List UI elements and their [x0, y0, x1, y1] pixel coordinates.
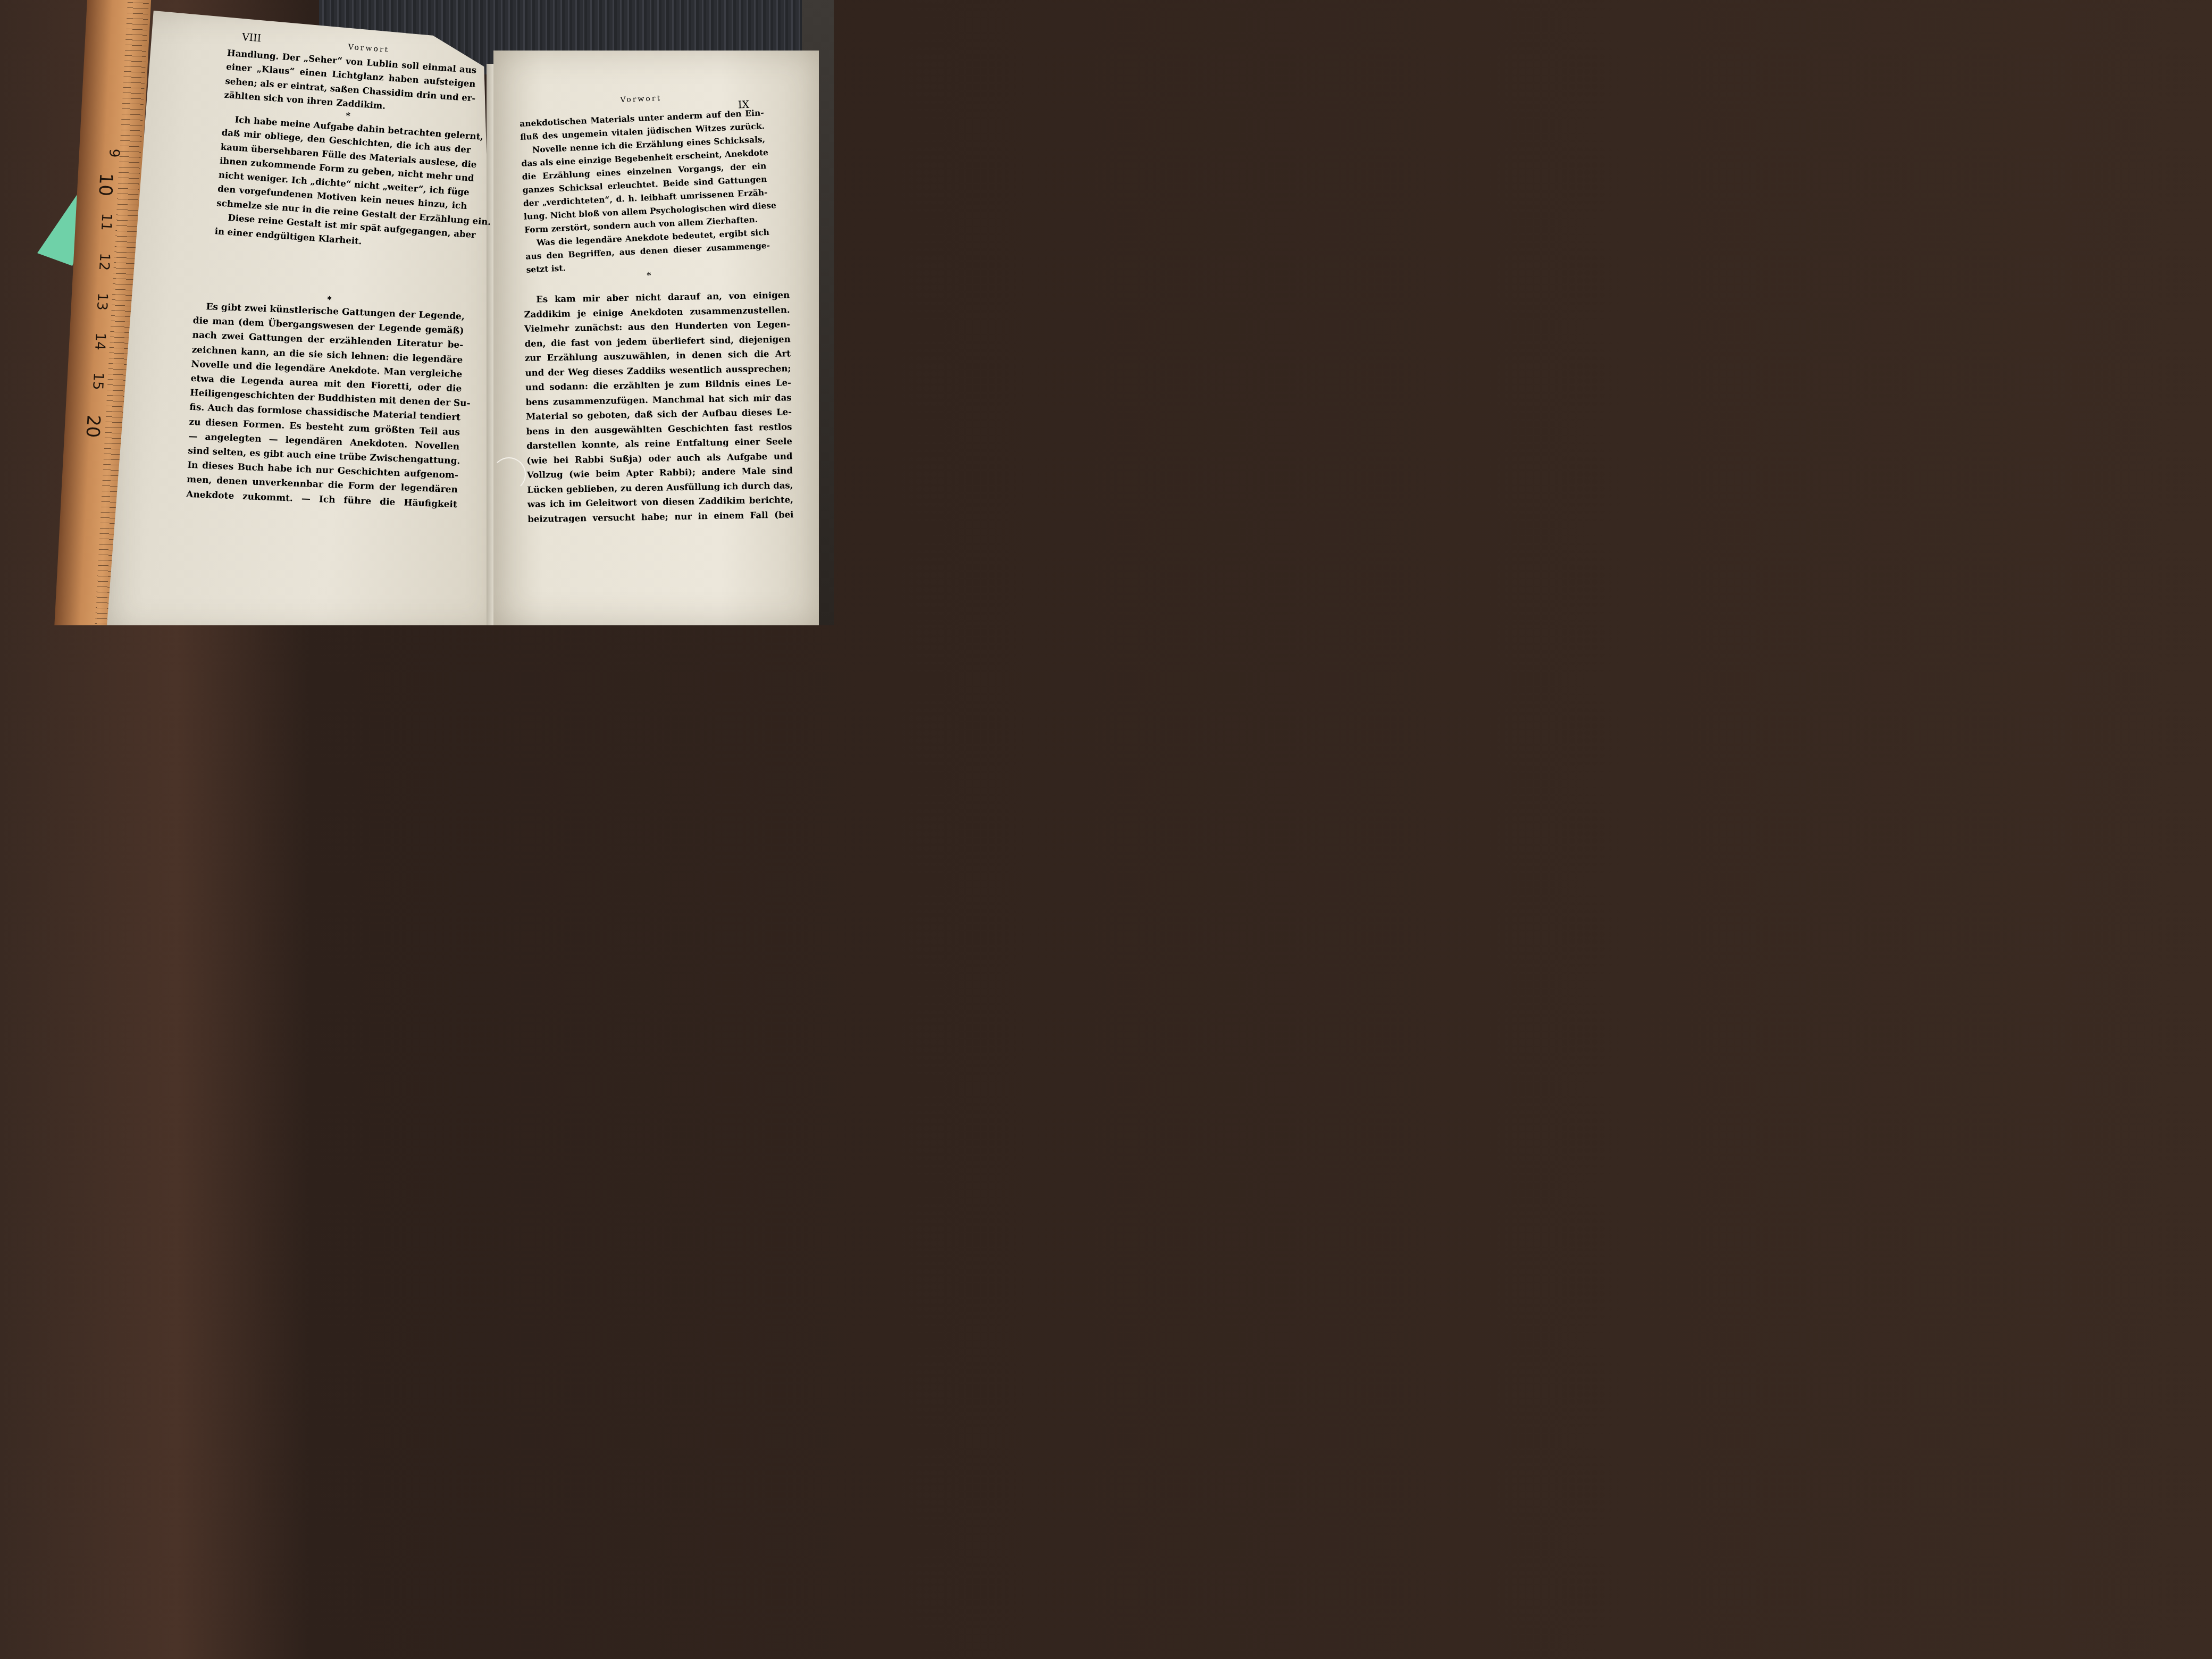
paragraph: Es kam mir aber nicht darauf an, von ein… — [524, 288, 794, 526]
ruler-number: 11 — [98, 213, 115, 231]
ruler-number: 13 — [94, 292, 111, 311]
right-page-upper-text: Vorwort anekdotischen Materials unter an… — [518, 87, 772, 286]
ruler-number: 9 — [106, 148, 122, 158]
left-page-upper-text: Vorwort Handlung. Der „Seher“ von Lublin… — [214, 32, 478, 256]
right-page-lower-text: Es kam mir aber nicht darauf an, von ein… — [524, 288, 794, 526]
ruler-number: 12 — [96, 253, 113, 271]
paragraph: Ich habe meine Aufgabe dahin betrachten … — [214, 112, 472, 256]
left-page-lower-text: * Es gibt zwei künstlerische Gattungen d… — [186, 290, 465, 512]
ruler-number: 10 — [94, 173, 116, 197]
paragraph: Es gibt zwei künstlerische Gattungen der… — [186, 299, 465, 512]
ruler-number: 20 — [81, 414, 104, 438]
ruler-number: 14 — [91, 332, 108, 351]
paragraph: anekdotischen Materials unter anderm auf… — [520, 106, 771, 276]
binding-thread — [492, 457, 526, 491]
ruler-number: 15 — [89, 372, 106, 391]
